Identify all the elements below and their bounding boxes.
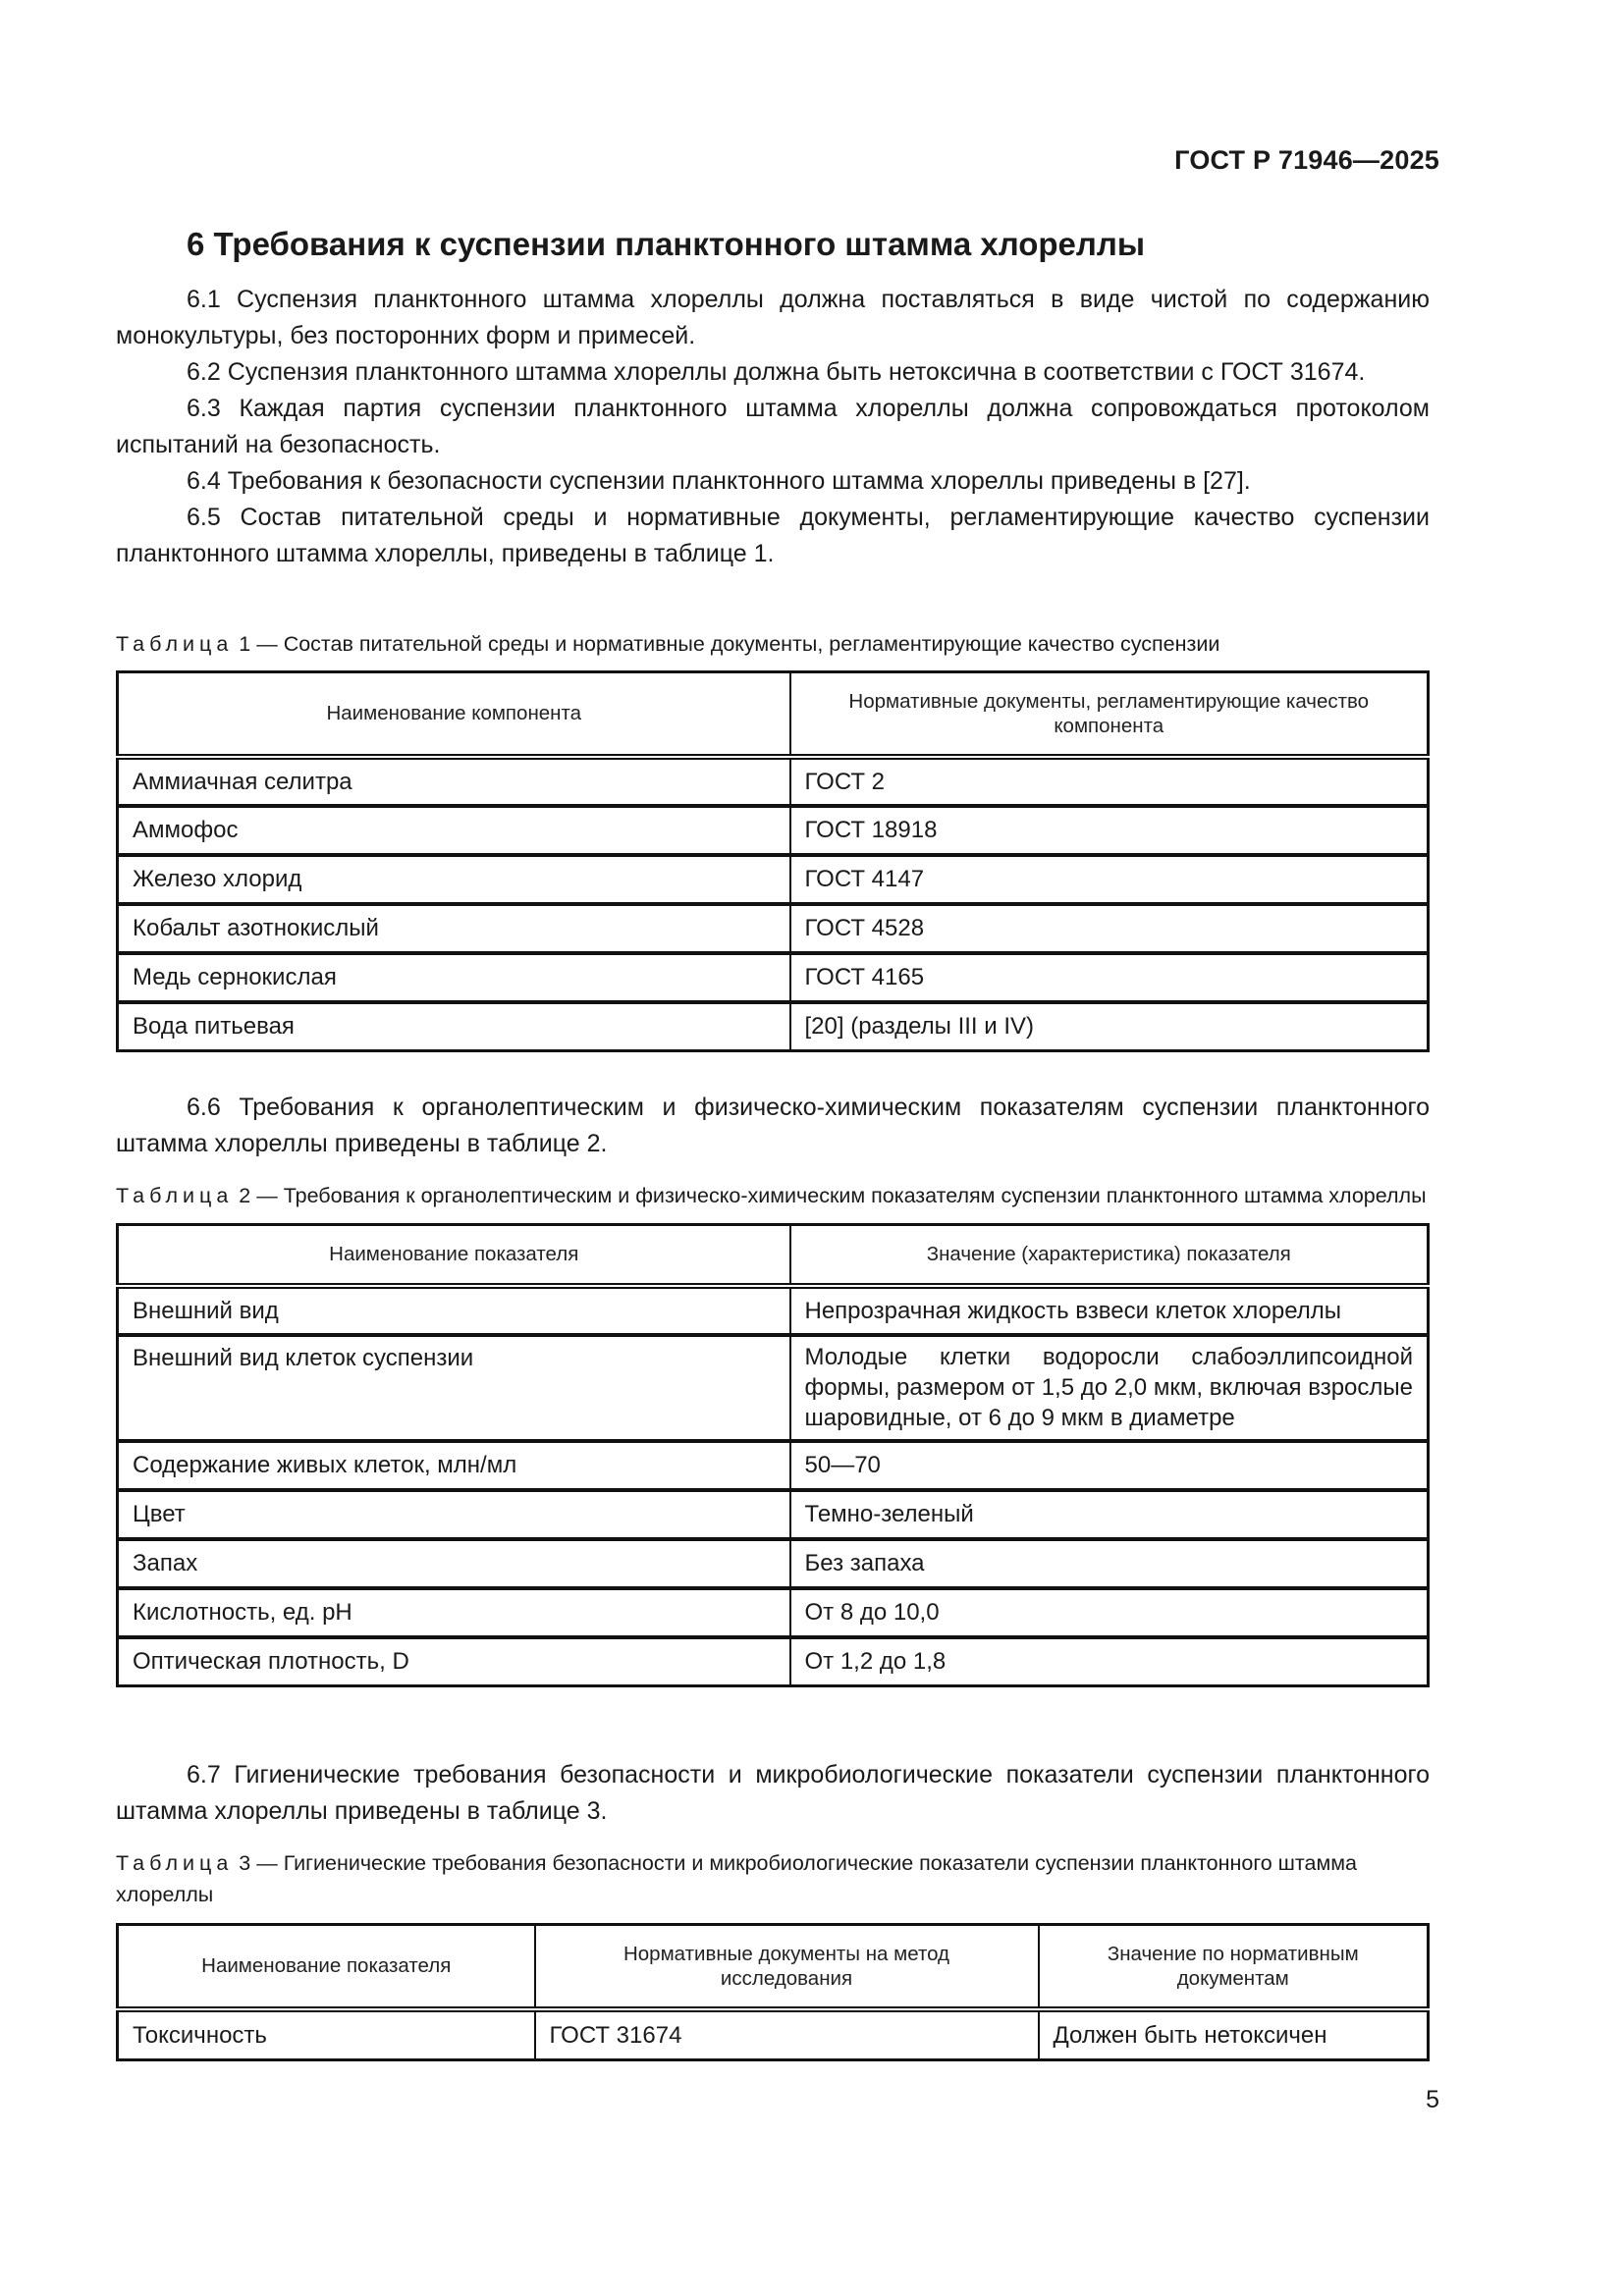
- paragraph-6-4: 6.4 Требования к безопасности суспензии …: [116, 463, 1430, 500]
- table-3-header-indicator: Наименование показателя: [118, 1925, 535, 2009]
- table-3-header-value: Значение по нормативным документам: [1039, 1925, 1429, 2009]
- table-row: ТоксичностьГОСТ 31674Должен быть нетокси…: [118, 2009, 1429, 2060]
- table-row: Оптическая плотность, DОт 1,2 до 1,8: [118, 1637, 1429, 1686]
- table-row: Медь сернокислаяГОСТ 4165: [118, 953, 1429, 1002]
- table-cell: ГОСТ 2: [790, 757, 1429, 806]
- table-3-caption-label: Таблица: [116, 1851, 233, 1875]
- page-number: 5: [1426, 2086, 1439, 2114]
- table-1-caption-label: Таблица: [116, 632, 233, 656]
- table-cell: [20] (разделы III и IV): [790, 1002, 1429, 1051]
- table-cell: ГОСТ 18918: [790, 806, 1429, 855]
- table-cell: ГОСТ 4165: [790, 953, 1429, 1002]
- table-row: АммофосГОСТ 18918: [118, 806, 1429, 855]
- table-cell: Токсичность: [118, 2009, 535, 2060]
- table-cell: Внешний вид клеток суспензии: [118, 1335, 790, 1441]
- table-1-header-component: Наименование компонента: [118, 672, 790, 757]
- table-cell: Молодые клетки водоросли слабоэллипсоидн…: [790, 1335, 1429, 1441]
- table-cell: Вода питьевая: [118, 1002, 790, 1051]
- table-cell: Цвет: [118, 1490, 790, 1539]
- table-row: Кислотность, ед. pHОт 8 до 10,0: [118, 1588, 1429, 1637]
- table-1-caption-text: 1 — Состав питательной среды и нормативн…: [233, 632, 1219, 656]
- table-row: ЗапахБез запаха: [118, 1539, 1429, 1588]
- table-cell: ГОСТ 31674: [535, 2009, 1039, 2060]
- table-cell: Темно-зеленый: [790, 1490, 1429, 1539]
- table-row: ЦветТемно-зеленый: [118, 1490, 1429, 1539]
- paragraph-6-1: 6.1 Суспензия планктонного штамма хлорел…: [116, 282, 1430, 354]
- intro-paragraphs: 6.1 Суспензия планктонного штамма хлорел…: [116, 282, 1430, 572]
- table-3-caption-text: 3 — Гигиенические требования безопасност…: [116, 1851, 1357, 1906]
- paragraph-6-7: 6.7 Гигиенические требования безопасност…: [116, 1757, 1430, 1830]
- table-cell: Аммофос: [118, 806, 790, 855]
- table-cell: Кобальт азотнокислый: [118, 904, 790, 953]
- table-row: Внешний вид клеток суспензииМолодые клет…: [118, 1335, 1429, 1441]
- table-2-caption-text: 2 — Требования к органолептическим и физ…: [233, 1184, 1426, 1207]
- table-cell: Железо хлорид: [118, 855, 790, 904]
- document-id-header: ГОСТ Р 71946—2025: [1174, 145, 1439, 176]
- table-cell: 50—70: [790, 1441, 1429, 1490]
- table-row: Аммиачная селитраГОСТ 2: [118, 757, 1429, 806]
- table-cell: Аммиачная селитра: [118, 757, 790, 806]
- paragraph-6-7-block: 6.7 Гигиенические требования безопасност…: [116, 1757, 1430, 1830]
- table-1-header-documents: Нормативные документы, регламентирующие …: [790, 672, 1429, 757]
- paragraph-6-2: 6.2 Суспензия планктонного штамма хлорел…: [116, 354, 1430, 391]
- table-2: Наименование показателя Значение (характ…: [116, 1223, 1430, 1687]
- paragraph-6-5: 6.5 Состав питательной среды и нормативн…: [116, 500, 1430, 572]
- table-2-caption: Таблица 2 — Требования к органолептическ…: [116, 1180, 1430, 1211]
- table-1-caption: Таблица 1 — Состав питательной среды и н…: [116, 628, 1430, 660]
- paragraph-6-3: 6.3 Каждая партия суспензии планктонного…: [116, 391, 1430, 463]
- table-cell: От 8 до 10,0: [790, 1588, 1429, 1637]
- table-cell: Кислотность, ед. pH: [118, 1588, 790, 1637]
- table-cell: ГОСТ 4528: [790, 904, 1429, 953]
- section-title: 6 Требования к суспензии планктонного шт…: [187, 226, 1145, 263]
- table-row: Содержание живых клеток, млн/мл50—70: [118, 1441, 1429, 1490]
- table-cell: Непрозрачная жидкость взвеси клеток хлор…: [790, 1286, 1429, 1335]
- table-cell: ГОСТ 4147: [790, 855, 1429, 904]
- table-cell: Внешний вид: [118, 1286, 790, 1335]
- table-3: Наименование показателя Нормативные доку…: [116, 1923, 1430, 2061]
- table-3-header-method-docs: Нормативные документы на метод исследова…: [535, 1925, 1039, 2009]
- table-3-block: Таблица 3 — Гигиенические требования без…: [116, 1847, 1430, 2061]
- table-3-caption: Таблица 3 — Гигиенические требования без…: [116, 1847, 1430, 1910]
- table-row: Железо хлоридГОСТ 4147: [118, 855, 1429, 904]
- table-2-caption-label: Таблица: [116, 1184, 233, 1207]
- table-cell: Запах: [118, 1539, 790, 1588]
- table-2-header-indicator: Наименование показателя: [118, 1225, 790, 1286]
- table-1: Наименование компонента Нормативные доку…: [116, 670, 1430, 1052]
- table-cell: Оптическая плотность, D: [118, 1637, 790, 1686]
- table-row: Кобальт азотнокислыйГОСТ 4528: [118, 904, 1429, 953]
- table-2-header-value: Значение (характеристика) показателя: [790, 1225, 1429, 1286]
- table-cell: Содержание живых клеток, млн/мл: [118, 1441, 790, 1490]
- paragraph-6-6-block: 6.6 Требования к органолептическим и физ…: [116, 1090, 1430, 1162]
- table-cell: От 1,2 до 1,8: [790, 1637, 1429, 1686]
- table-cell: Должен быть нетоксичен: [1039, 2009, 1429, 2060]
- table-row: Внешний видНепрозрачная жидкость взвеси …: [118, 1286, 1429, 1335]
- table-cell: Медь сернокислая: [118, 953, 790, 1002]
- paragraph-6-6: 6.6 Требования к органолептическим и физ…: [116, 1090, 1430, 1162]
- table-2-block: Таблица 2 — Требования к органолептическ…: [116, 1180, 1430, 1687]
- table-row: Вода питьевая[20] (разделы III и IV): [118, 1002, 1429, 1051]
- table-cell: Без запаха: [790, 1539, 1429, 1588]
- table-1-block: Таблица 1 — Состав питательной среды и н…: [116, 628, 1430, 1052]
